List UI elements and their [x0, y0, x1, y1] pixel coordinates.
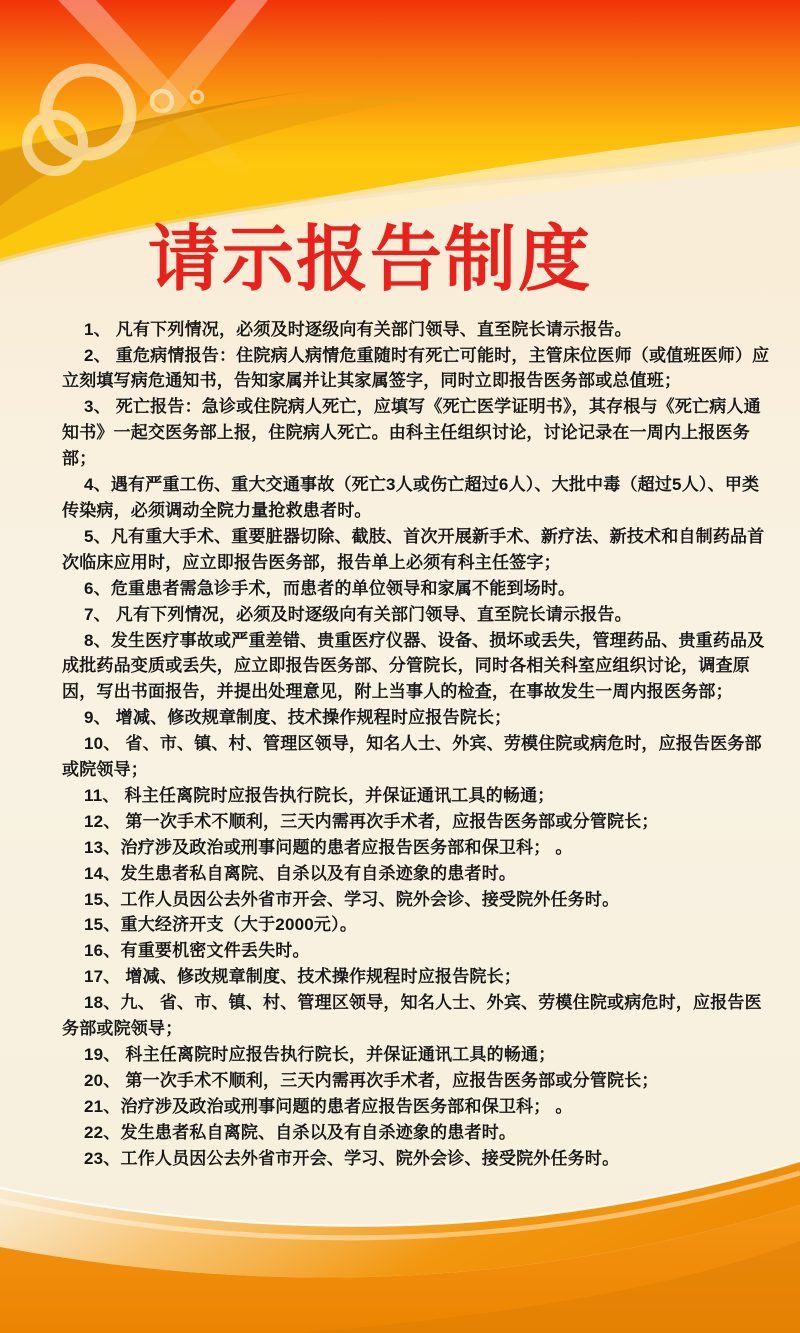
rule-item: 16、有重要机密文件丢失时。	[62, 938, 773, 964]
rule-item: 12、 第一次手术不顺利，三天内需再次手术者，应报告医务部或分管院长；	[62, 809, 773, 835]
content-area: 请示报告制度 1、 凡有下列情况，必须及时逐级向有关部门领导、直至院长请示报告。…	[0, 0, 800, 1333]
rules-list: 1、 凡有下列情况，必须及时逐级向有关部门领导、直至院长请示报告。2、 重危病情…	[62, 317, 773, 1172]
rule-item: 19、 科主任离院时应报告执行院长，并保证通讯工具的畅通；	[62, 1042, 773, 1068]
rule-item: 4、遇有严重工伤、重大交通事故（死亡3人或伤亡超过6人）、大批中毒（超过5人）、…	[62, 472, 773, 524]
rule-item: 8、发生医疗事故或严重差错、贵重医疗仪器、设备、损坏或丢失，管理药品、贵重药品及…	[62, 628, 773, 706]
rule-item: 2、 重危病情报告：住院病人病情危重随时有死亡可能时，主管床位医师（或值班医师）…	[62, 343, 773, 395]
rule-item: 9、 增减、修改规章制度、技术操作规程时应报告院长；	[62, 705, 773, 731]
rule-item: 3、 死亡报告：急诊或住院病人死亡，应填写《死亡医学证明书》，其存根与《死亡病人…	[62, 394, 773, 472]
page-title: 请示报告制度	[0, 220, 740, 301]
poster: 请示报告制度 1、 凡有下列情况，必须及时逐级向有关部门领导、直至院长请示报告。…	[0, 0, 800, 1333]
rule-item: 10、 省、市、镇、村、管理区领导，知名人士、外宾、劳模住院或病危时，应报告医务…	[62, 731, 773, 783]
rule-item: 15、工作人员因公去外省市开会、学习、院外会诊、接受院外任务时。	[62, 887, 773, 913]
rule-item: 21、治疗涉及政治或刑事问题的患者应报告医务部和保卫科； 。	[62, 1094, 773, 1120]
rule-item: 11、 科主任离院时应报告执行院长，并保证通讯工具的畅通；	[62, 783, 773, 809]
rule-item: 1、 凡有下列情况，必须及时逐级向有关部门领导、直至院长请示报告。	[62, 317, 773, 343]
rule-item: 17、 增减、修改规章制度、技术操作规程时应报告院长；	[62, 964, 773, 990]
rule-item: 18、九、 省、市、镇、村、管理区领导，知名人士、外宾、劳模住院或病危时，应报告…	[62, 990, 773, 1042]
rule-item: 5、凡有重大手术、重要脏器切除、截肢、首次开展新手术、新疗法、新技术和自制药品首…	[62, 524, 773, 576]
rule-item: 6、危重患者需急诊手术，而患者的单位领导和家属不能到场时。	[62, 576, 773, 602]
rule-item: 13、治疗涉及政治或刑事问题的患者应报告医务部和保卫科； 。	[62, 835, 773, 861]
rule-item: 7、 凡有下列情况，必须及时逐级向有关部门领导、直至院长请示报告。	[62, 602, 773, 628]
rule-item: 23、工作人员因公去外省市开会、学习、院外会诊、接受院外任务时。	[62, 1146, 773, 1172]
rule-item: 22、发生患者私自离院、自杀以及有自杀迹象的患者时。	[62, 1120, 773, 1146]
rule-item: 20、 第一次手术不顺利，三天内需再次手术者，应报告医务部或分管院长；	[62, 1068, 773, 1094]
rule-item: 14、发生患者私自离院、自杀以及有自杀迹象的患者时。	[62, 861, 773, 887]
rule-item: 15、重大经济开支（大于2000元）。	[62, 912, 773, 938]
